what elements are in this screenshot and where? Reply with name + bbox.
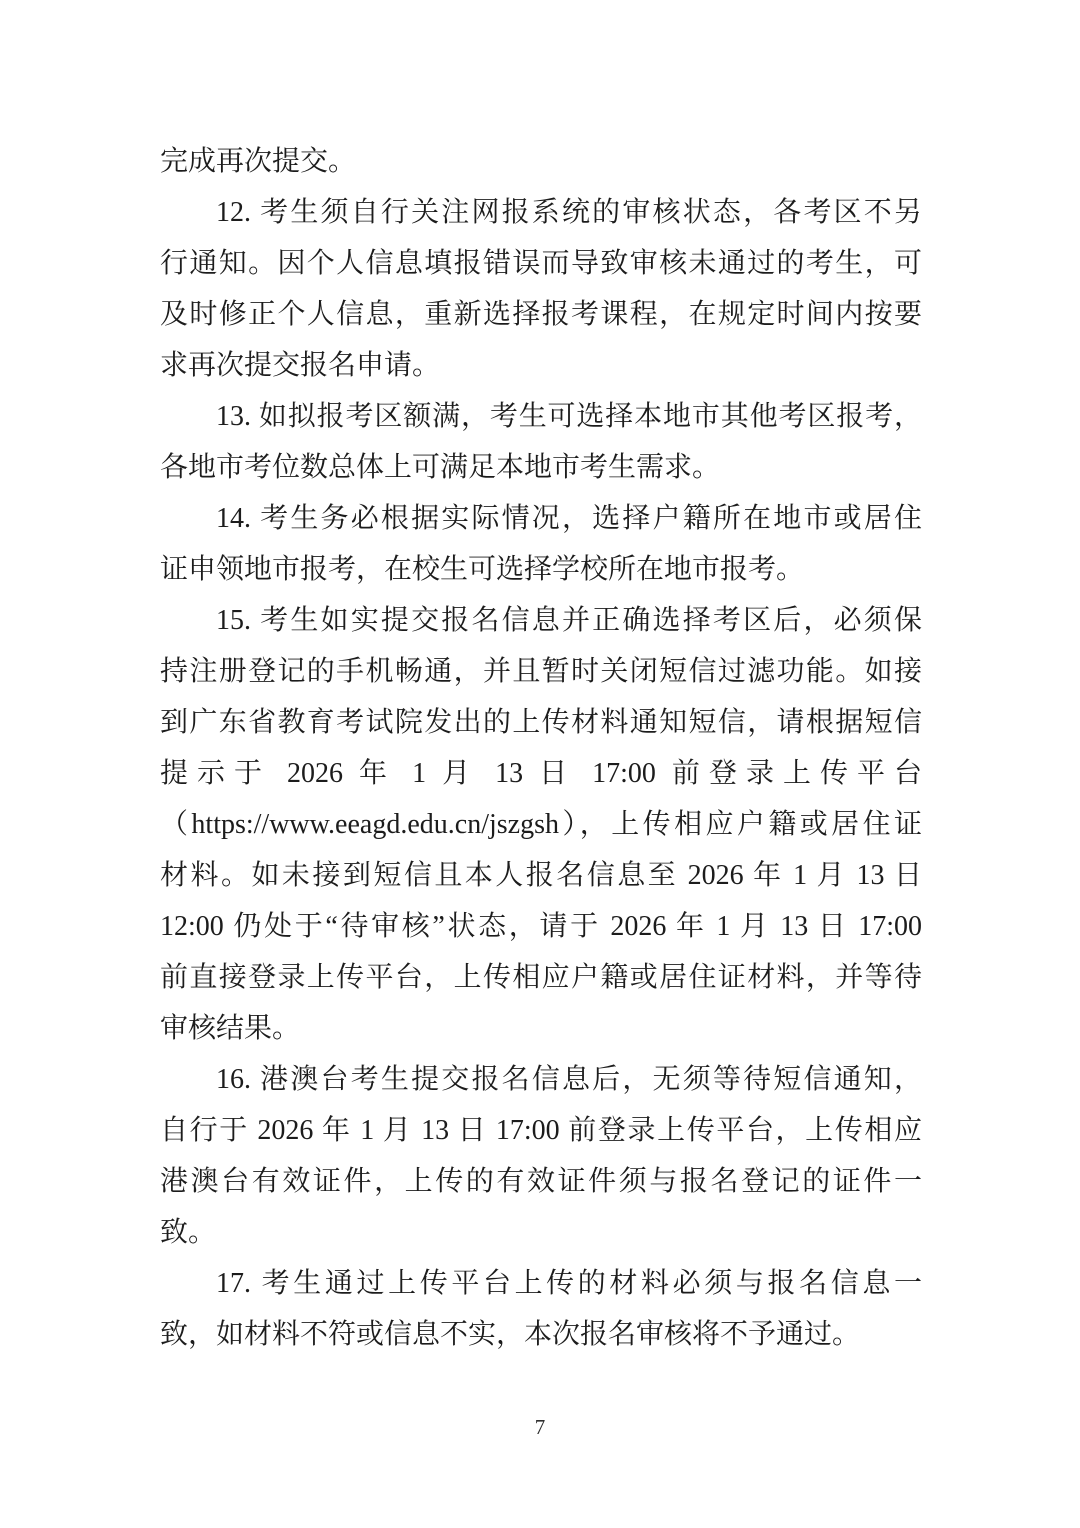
- text-line: 证申领地市报考，在校生可选择学校所在地市报考。: [160, 544, 922, 595]
- page-number: 7: [535, 1415, 546, 1439]
- text-line: 前直接登录上传平台，上传相应户籍或居住证材料，并等待: [160, 952, 922, 1003]
- text-line: 持注册登记的手机畅通，并且暂时关闭短信过滤功能。如接: [160, 646, 922, 697]
- document-page: 完成再次提交。12. 考生须自行关注网报系统的审核状态，各考区不另行通知。因个人…: [0, 0, 1080, 1528]
- text-line: 求再次提交报名申请。: [160, 340, 922, 391]
- text-line: 12:00 仍处于“待审核”状态，请于 2026 年 1 月 13 日 17:0…: [160, 901, 922, 952]
- text-line: 各地市考位数总体上可满足本地市考生需求。: [160, 442, 922, 493]
- text-line: 材料。如未接到短信且本人报名信息至 2026 年 1 月 13 日: [160, 850, 922, 901]
- text-line: 17. 考生通过上传平台上传的材料必须与报名信息一: [160, 1258, 922, 1309]
- text-line: （https://www.eeagd.edu.cn/jszgsh），上传相应户籍…: [160, 799, 922, 850]
- text-line: 15. 考生如实提交报名信息并正确选择考区后，必须保: [160, 595, 922, 646]
- text-line: 致。: [160, 1207, 922, 1258]
- text-line: 14. 考生务必根据实际情况，选择户籍所在地市或居住: [160, 493, 922, 544]
- text-line: 及时修正个人信息，重新选择报考课程，在规定时间内按要: [160, 289, 922, 340]
- text-line: 16. 港澳台考生提交报名信息后，无须等待短信通知，: [160, 1054, 922, 1105]
- text-line: 港澳台有效证件，上传的有效证件须与报名登记的证件一: [160, 1156, 922, 1207]
- text-line: 完成再次提交。: [160, 136, 922, 187]
- text-line: 13. 如拟报考区额满，考生可选择本地市其他考区报考，: [160, 391, 922, 442]
- text-line: 12. 考生须自行关注网报系统的审核状态，各考区不另: [160, 187, 922, 238]
- text-line: 致，如材料不符或信息不实，本次报名审核将不予通过。: [160, 1309, 922, 1360]
- page-footer: 7: [0, 1412, 1080, 1442]
- document-content: 完成再次提交。12. 考生须自行关注网报系统的审核状态，各考区不另行通知。因个人…: [160, 136, 922, 1360]
- text-line: 自行于 2026 年 1 月 13 日 17:00 前登录上传平台，上传相应: [160, 1105, 922, 1156]
- text-line: 到广东省教育考试院发出的上传材料通知短信，请根据短信: [160, 697, 922, 748]
- text-line: 提示于 2026 年 1 月 13 日 17:00 前登录上传平台: [160, 748, 922, 799]
- text-line: 审核结果。: [160, 1003, 922, 1054]
- text-line: 行通知。因个人信息填报错误而导致审核未通过的考生，可: [160, 238, 922, 289]
